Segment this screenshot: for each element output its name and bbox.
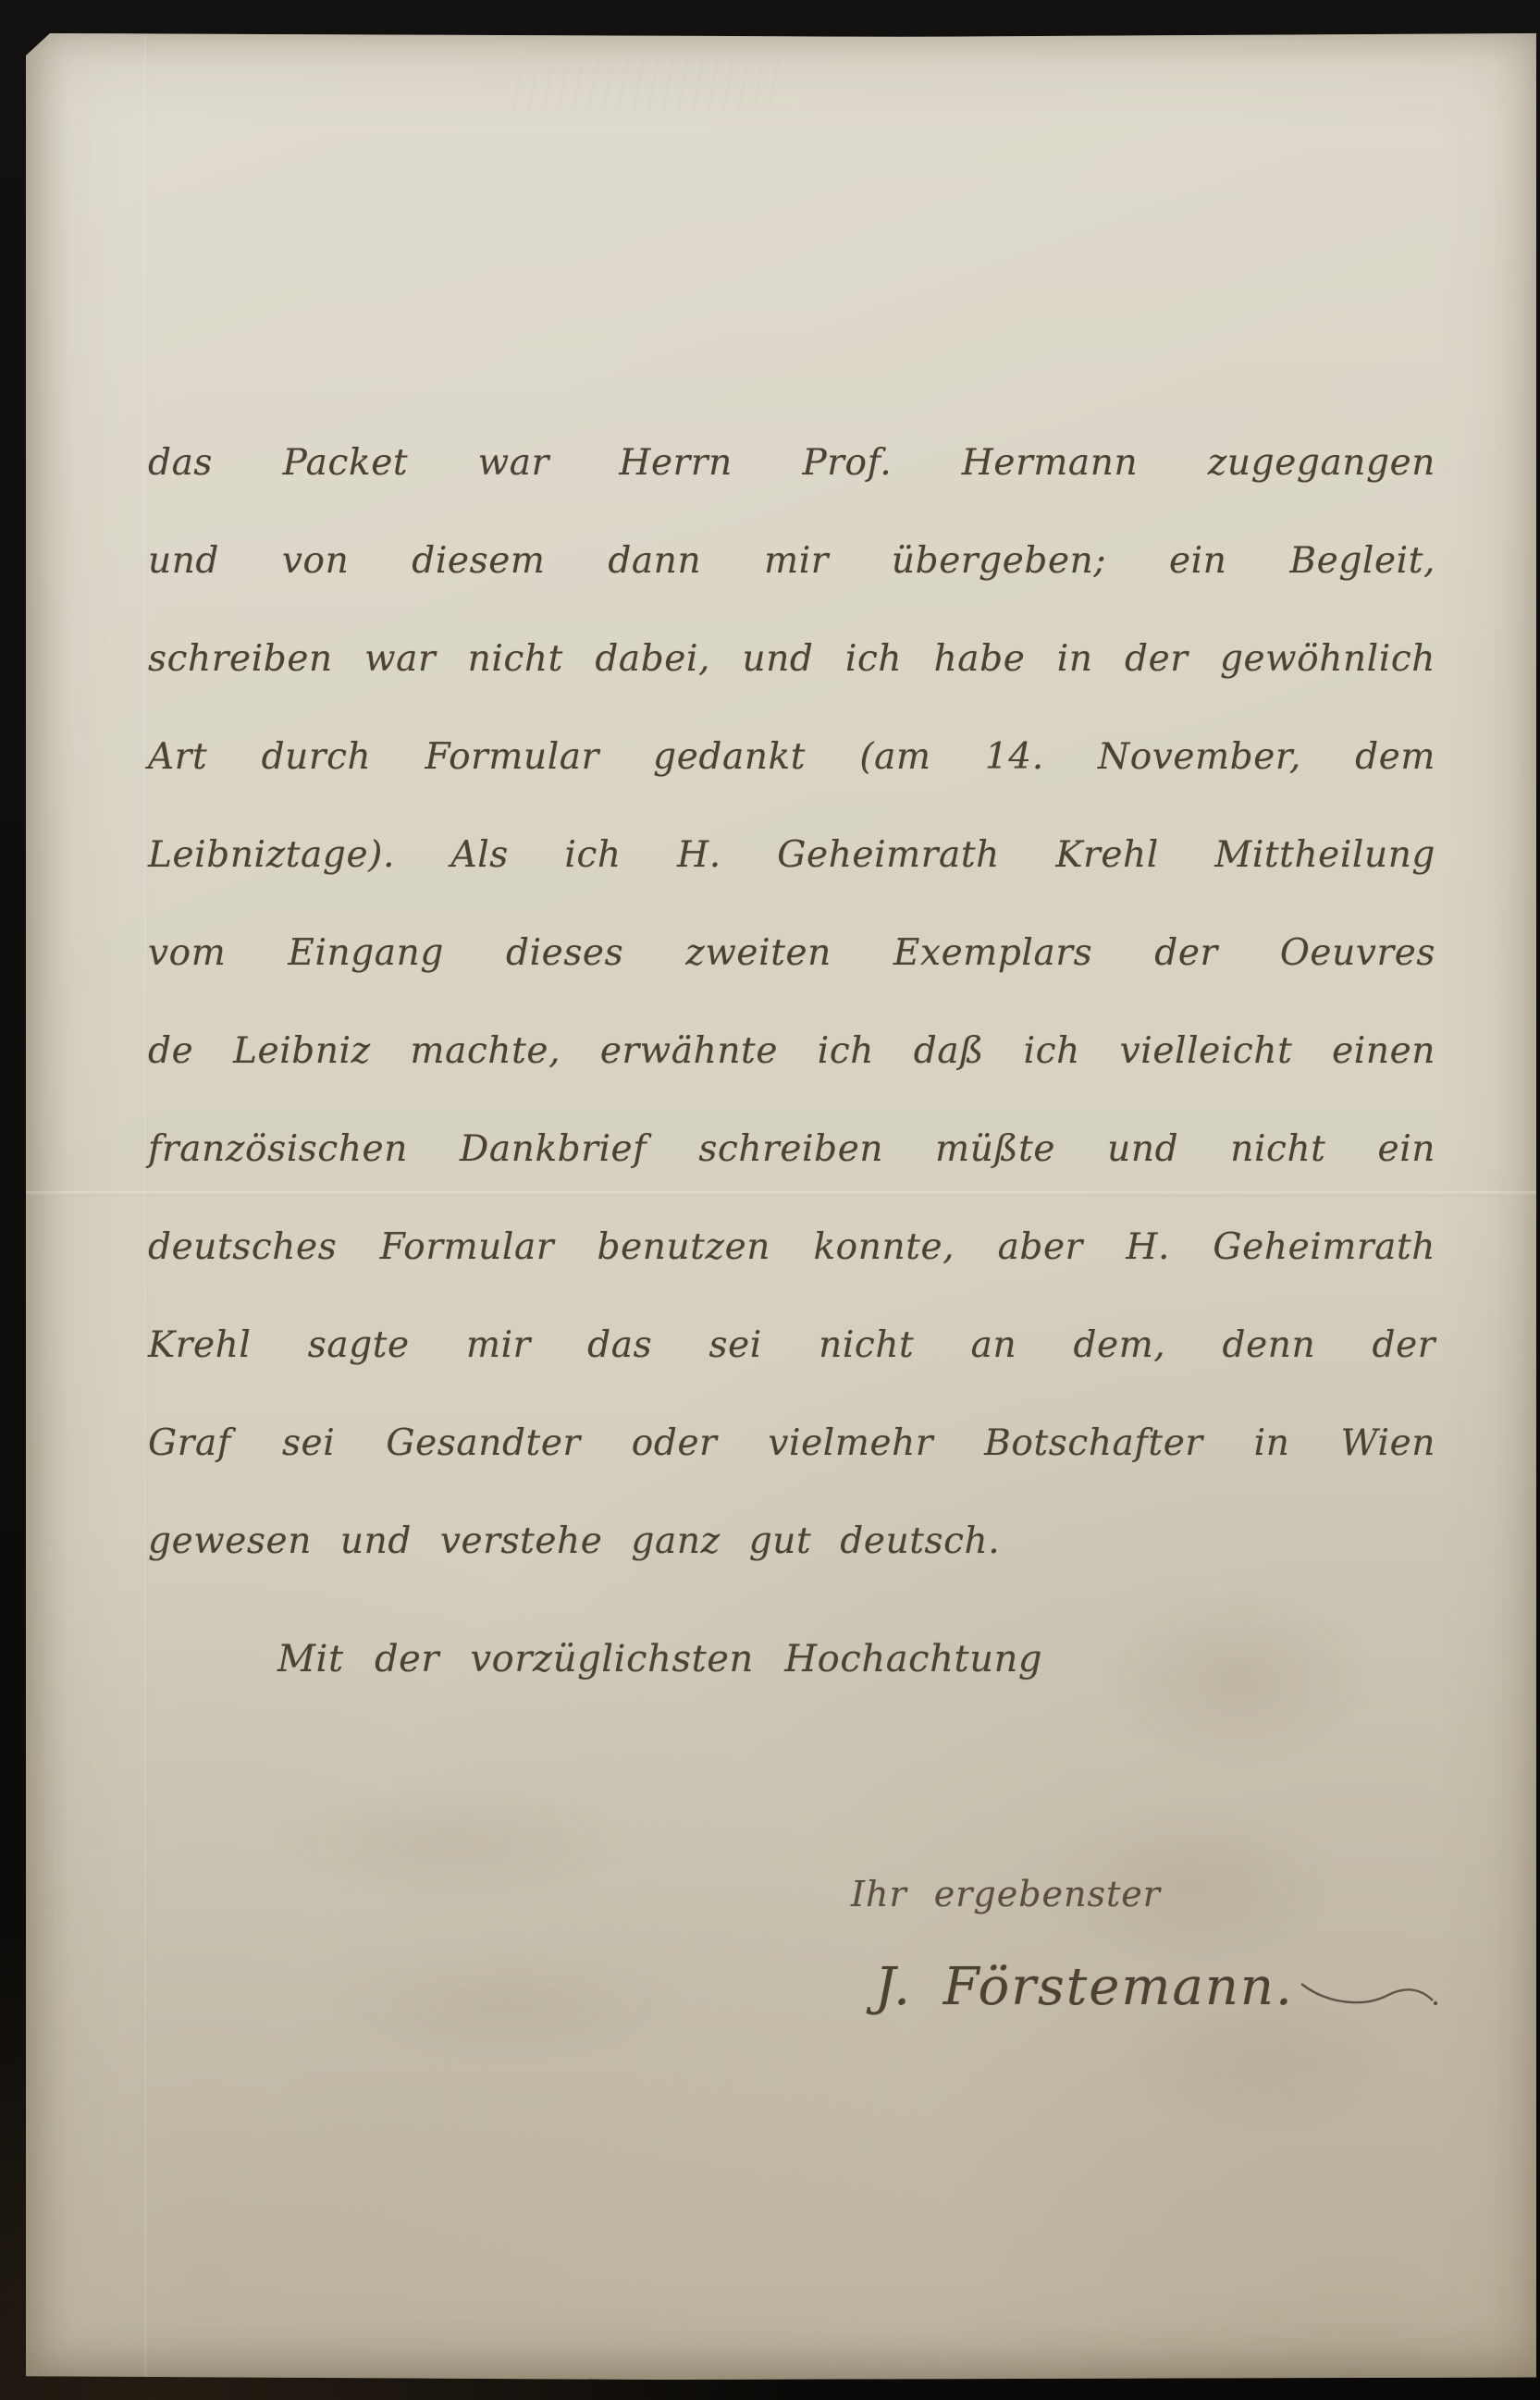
faint-cutoff-writing [507, 57, 784, 111]
letter-line: Graf sei Gesandter oder vielmehr Botscha… [148, 1422, 1435, 1520]
letter-body: das Packet war Herrn Prof. Hermann zugeg… [148, 442, 1435, 1618]
signature-name: J. Förstemann. [875, 1957, 1294, 2017]
letter-line: und von diesem dann mir übergeben; ein B… [148, 540, 1435, 638]
scanned-letter-screenshot: { "scan": { "background_color": "#0d0c0a… [0, 0, 1540, 2400]
valediction-line: Mit der vorzüglichsten Hochachtung [277, 1638, 1042, 1680]
letter-line: de Leibniz machte, erwähnte ich daß ich … [148, 1030, 1435, 1128]
letter-line: das Packet war Herrn Prof. Hermann zugeg… [148, 442, 1435, 540]
ink-bleedthrough [997, 1559, 1478, 2151]
letter-line: schreiben war nicht dabei, und ich habe … [148, 638, 1435, 736]
letter-line: deutsches Formular benutzen konnte, aber… [148, 1226, 1435, 1324]
ink-bleedthrough [192, 1726, 766, 2114]
letter-line: gewesen und verstehe ganz gut deutsch. [148, 1520, 1435, 1618]
letter-line: Art durch Formular gedankt (am 14. Novem… [148, 736, 1435, 834]
closing-line: Ihr ergebenster [851, 1874, 1161, 1914]
letter-line: französischen Dankbrief schreiben müßte … [148, 1128, 1435, 1226]
letter-line: Krehl sagte mir das sei nicht an dem, de… [148, 1324, 1435, 1422]
letter-line: vom Eingang dieses zweiten Exemplars der… [148, 932, 1435, 1030]
letter-line: Leibniztage). Als ich H. Geheimrath Kreh… [148, 834, 1435, 932]
signature-block: J. Förstemann. [875, 1957, 1438, 2017]
signature-flourish [1300, 1973, 1438, 2010]
letter-page: das Packet war Herrn Prof. Hermann zugeg… [26, 33, 1536, 2380]
